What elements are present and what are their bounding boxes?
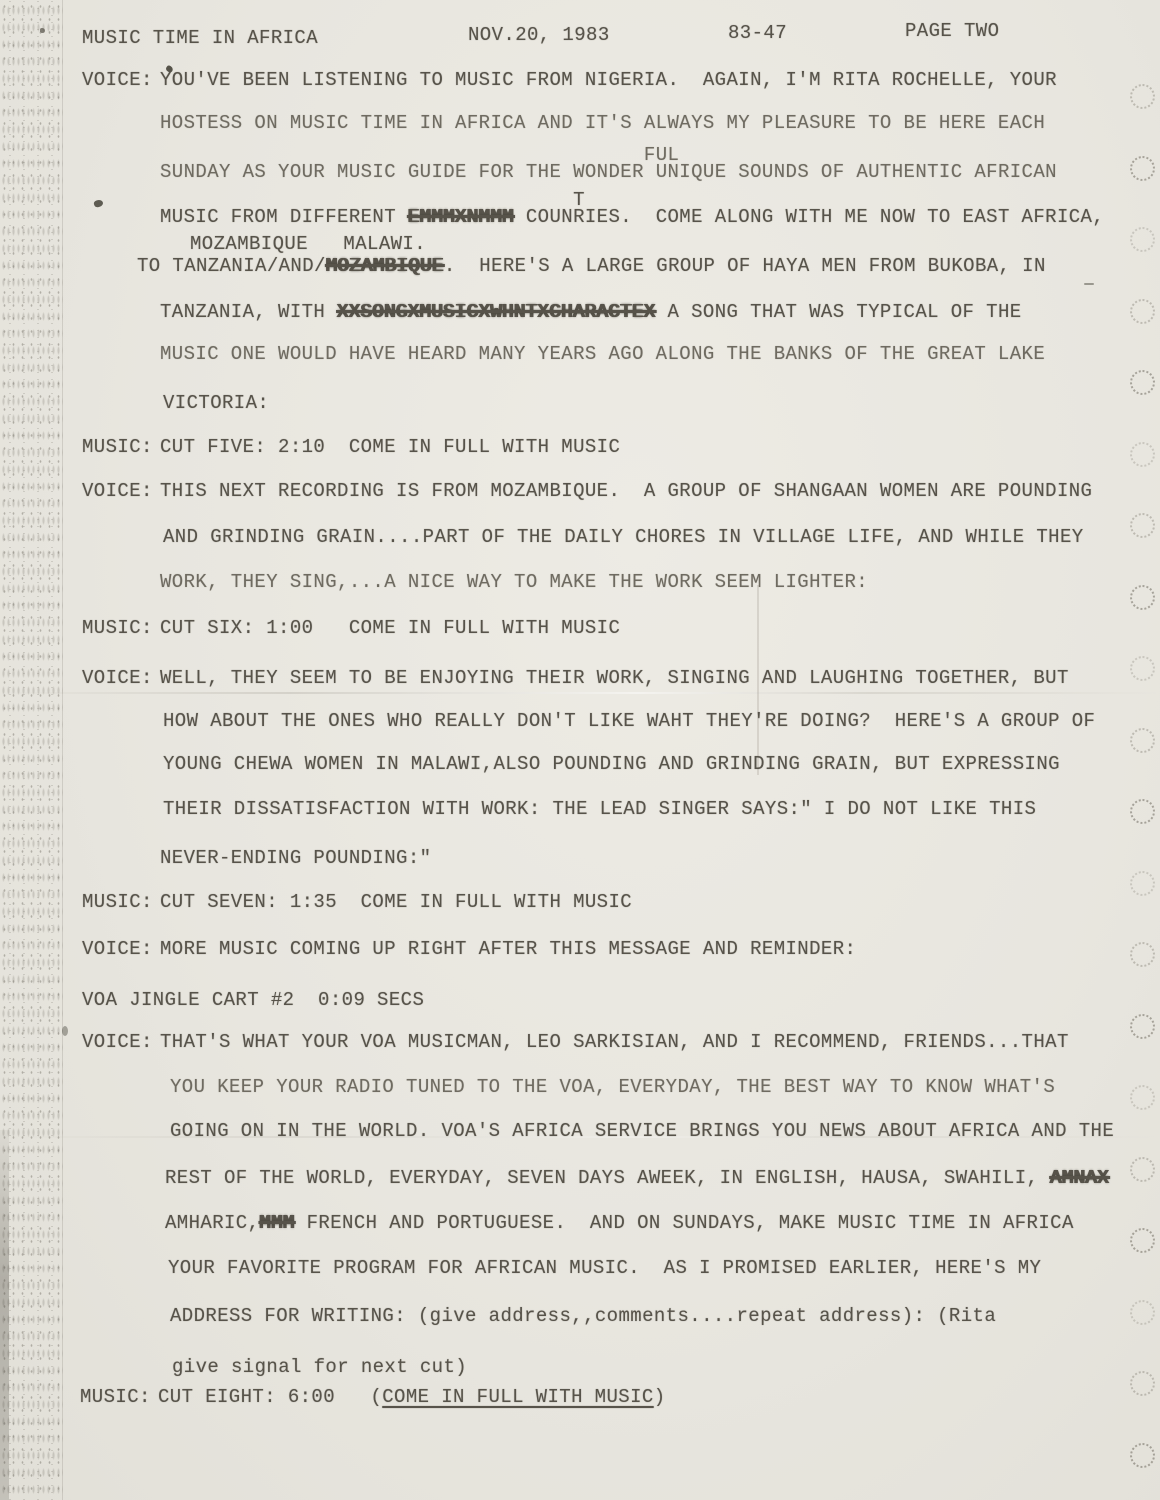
overtyped-correction: XXSONGXMUSICXWHNTXCHARACTEX (337, 301, 656, 323)
paper-crease (0, 692, 1160, 694)
script-line: NEVER-ENDING POUNDING:" (0, 847, 1160, 871)
script-line: MUSIC:CUT SEVEN: 1:35 COME IN FULL WITH … (0, 891, 1160, 915)
script-line: VOICE:YOU'VE BEEN LISTENING TO MUSIC FRO… (0, 69, 1160, 93)
script-line: VOA JINGLE CART #2 0:09 SECS (0, 989, 1160, 1013)
speaker-label: VOICE: (82, 480, 153, 502)
speaker-label: VOICE: (82, 938, 153, 960)
script-line: THEIR DISSATISFACTION WITH WORK: THE LEA… (0, 798, 1160, 822)
speaker-label: MUSIC: (80, 1386, 151, 1408)
script-line: TANZANIA, WITH XXSONGXMUSICXWHNTXCHARACT… (0, 301, 1160, 325)
speaker-label: VOICE: (82, 69, 153, 91)
script-line: SUNDAY AS YOUR MUSIC GUIDE FOR THE WONDE… (0, 161, 1160, 185)
document-page: MUSIC TIME IN AFRICA NOV.20, 1983 83-47 … (0, 0, 1160, 1500)
speaker-label: MUSIC: (82, 617, 153, 639)
punch-hole (1130, 1443, 1155, 1468)
script-line: VOICE:MORE MUSIC COMING UP RIGHT AFTER T… (0, 938, 1160, 962)
line-text: THEIR DISSATISFACTION WITH WORK: THE LEA… (163, 798, 1036, 820)
line-text: THAT'S WHAT YOUR VOA MUSICMAN, LEO SARKI… (160, 1031, 1069, 1053)
overtyped-correction: MMM (259, 1212, 294, 1234)
paper-speck (1084, 283, 1094, 285)
line-text: THIS NEXT RECORDING IS FROM MOZAMBIQUE. … (160, 480, 1092, 502)
line-text: YOUNG CHEWA WOMEN IN MALAWI,ALSO POUNDIN… (163, 753, 1060, 775)
line-text: TO TANZANIA/AND/MOZAMBIQUE. HERE'S A LAR… (137, 255, 1046, 277)
speaker-label: MUSIC: (82, 891, 153, 913)
document-title: MUSIC TIME IN AFRICA (82, 27, 318, 49)
line-text: CUT EIGHT: 6:00 (COME IN FULL WITH MUSIC… (158, 1386, 666, 1408)
line-text: YOUR FAVORITE PROGRAM FOR AFRICAN MUSIC.… (168, 1257, 1041, 1279)
script-line: MUSIC:CUT SIX: 1:00 COME IN FULL WITH MU… (0, 617, 1160, 641)
speaker-label: MUSIC: (82, 436, 153, 458)
line-text: CUT FIVE: 2:10 COME IN FULL WITH MUSIC (160, 436, 620, 458)
script-line: HOSTESS ON MUSIC TIME IN AFRICA AND IT'S… (0, 112, 1160, 136)
script-number: 83-47 (728, 22, 787, 44)
line-text: CUT SIX: 1:00 COME IN FULL WITH MUSIC (160, 617, 620, 639)
overtyped-correction: EMMMXNMMM (408, 206, 514, 228)
script-line: VOICE:THAT'S WHAT YOUR VOA MUSICMAN, LEO… (0, 1031, 1160, 1055)
line-text: WORK, THEY SING,...A NICE WAY TO MAKE TH… (160, 571, 868, 593)
script-line: MUSIC ONE WOULD HAVE HEARD MANY YEARS AG… (0, 343, 1160, 367)
line-text: ADDRESS FOR WRITING: (give address,,comm… (170, 1305, 996, 1327)
line-text: GOING ON IN THE WORLD. VOA'S AFRICA SERV… (170, 1120, 1114, 1142)
script-line: VOICE:THIS NEXT RECORDING IS FROM MOZAMB… (0, 480, 1160, 504)
line-text: WELL, THEY SEEM TO BE ENJOYING THEIR WOR… (160, 667, 1069, 689)
document-date: NOV.20, 1983 (468, 24, 610, 46)
line-text: MUSIC FROM DIFFERENT EMMMXNMMM COUNTRIES… (160, 206, 1104, 228)
line-text: VOA JINGLE CART #2 0:09 SECS (82, 989, 424, 1011)
speaker-label: VOICE: (82, 1031, 153, 1053)
line-text: AMHARIC,MMM FRENCH AND PORTUGUESE. AND O… (165, 1212, 1074, 1234)
line-text: MOZAMBIQUE MALAWI. (190, 233, 426, 255)
line-text: NEVER-ENDING POUNDING:" (160, 847, 431, 869)
line-text: TANZANIA, WITH XXSONGXMUSICXWHNTXCHARACT… (160, 301, 1022, 323)
underlined-text: COME IN FULL WITH MUSIC (382, 1386, 653, 1408)
line-text: HOSTESS ON MUSIC TIME IN AFRICA AND IT'S… (160, 112, 1045, 134)
script-line: give signal for next cut) (0, 1356, 1160, 1380)
script-line: YOUNG CHEWA WOMEN IN MALAWI,ALSO POUNDIN… (0, 753, 1160, 777)
line-text: CUT SEVEN: 1:35 COME IN FULL WITH MUSIC (160, 891, 632, 913)
script-line: VICTORIA: (0, 392, 1160, 416)
line-text: MUSIC ONE WOULD HAVE HEARD MANY YEARS AG… (160, 343, 1045, 365)
paper-speck (40, 28, 45, 33)
line-text: give signal for next cut) (172, 1356, 467, 1378)
line-text: VICTORIA: (163, 392, 269, 414)
line-text: YOU KEEP YOUR RADIO TUNED TO THE VOA, EV… (170, 1076, 1055, 1098)
script-line: YOU KEEP YOUR RADIO TUNED TO THE VOA, EV… (0, 1076, 1160, 1100)
line-text: REST OF THE WORLD, EVERYDAY, SEVEN DAYS … (165, 1167, 1109, 1189)
script-line: REST OF THE WORLD, EVERYDAY, SEVEN DAYS … (0, 1167, 1160, 1191)
script-line: MUSIC:CUT FIVE: 2:10 COME IN FULL WITH M… (0, 436, 1160, 460)
script-line: AND GRINDING GRAIN....PART OF THE DAILY … (0, 526, 1160, 550)
script-line: AMHARIC,MMM FRENCH AND PORTUGUESE. AND O… (0, 1212, 1160, 1236)
speaker-label: VOICE: (82, 667, 153, 689)
line-text: AND GRINDING GRAIN....PART OF THE DAILY … (163, 526, 1084, 548)
script-line: MUSIC FROM DIFFERENT EMMMXNMMM COUNTRIES… (0, 206, 1160, 230)
script-line: HOW ABOUT THE ONES WHO REALLY DON'T LIKE… (0, 710, 1160, 734)
script-line: WORK, THEY SING,...A NICE WAY TO MAKE TH… (0, 571, 1160, 595)
script-line: MUSIC:CUT EIGHT: 6:00 (COME IN FULL WITH… (0, 1386, 1160, 1410)
line-text: SUNDAY AS YOUR MUSIC GUIDE FOR THE WONDE… (160, 161, 1057, 183)
line-text: YOU'VE BEEN LISTENING TO MUSIC FROM NIGE… (160, 69, 1057, 91)
page-number-label: PAGE TWO (905, 20, 999, 42)
overtyped-correction: AMNAX (1050, 1167, 1109, 1189)
script-line: TO TANZANIA/AND/MOZAMBIQUE. HERE'S A LAR… (0, 255, 1160, 279)
script-line: GOING ON IN THE WORLD. VOA'S AFRICA SERV… (0, 1120, 1160, 1144)
script-line: VOICE:WELL, THEY SEEM TO BE ENJOYING THE… (0, 667, 1160, 691)
overtyped-correction: MOZAMBIQUE (326, 255, 444, 277)
script-line: YOUR FAVORITE PROGRAM FOR AFRICAN MUSIC.… (0, 1257, 1160, 1281)
script-line: MOZAMBIQUE MALAWI. (0, 233, 1160, 257)
script-line: ADDRESS FOR WRITING: (give address,,comm… (0, 1305, 1160, 1329)
line-text: MORE MUSIC COMING UP RIGHT AFTER THIS ME… (160, 938, 856, 960)
line-text: HOW ABOUT THE ONES WHO REALLY DON'T LIKE… (163, 710, 1095, 732)
